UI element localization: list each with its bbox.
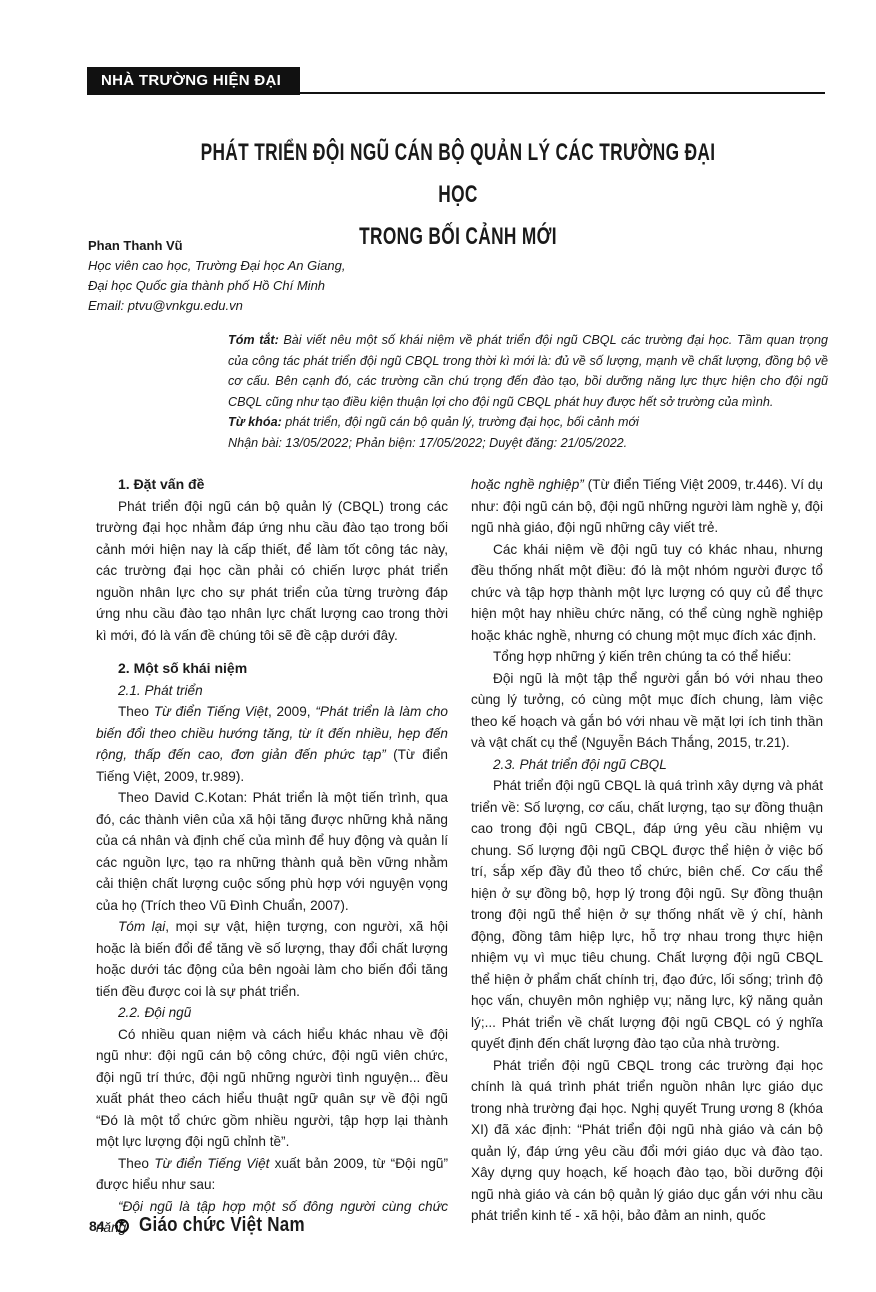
article-dates: Nhận bài: 13/05/2022; Phản biện: 17/05/2… <box>228 433 828 454</box>
section-1-paragraph: Phát triển đội ngũ cán bộ quản lý (CBQL)… <box>96 496 448 647</box>
star-circle-icon <box>115 1219 129 1233</box>
section-1-heading: 1. Đặt vấn đề <box>96 474 448 496</box>
subsection-2-1-heading: 2.1. Phát triển <box>96 680 448 702</box>
left-column: 1. Đặt vấn đề Phát triển đội ngũ cán bộ … <box>96 474 448 1239</box>
subsection-2-2-paragraph-1: Có nhiều quan niệm và cách hiểu khác nha… <box>96 1024 448 1153</box>
author-block: Phan Thanh Vũ Học viên cao học, Trường Đ… <box>88 236 345 316</box>
subsection-2-1-paragraph-2: Theo David C.Kotan: Phát triển là một ti… <box>96 787 448 916</box>
author-affiliation-2: Đại học Quốc gia thành phố Hồ Chí Minh <box>88 276 345 296</box>
subsection-2-1-paragraph-3: Tóm lại, mọi sự vật, hiện tượng, con ngư… <box>96 916 448 1002</box>
abstract-label: Tóm tắt: <box>228 333 279 347</box>
right-column: hoặc nghề nghiệp” (Từ điển Tiếng Việt 20… <box>471 474 823 1227</box>
page-footer: 84 Giáo chức Việt Nam <box>89 1214 334 1237</box>
right-paragraph-3: Tổng hợp những ý kiến trên chúng ta có t… <box>471 646 823 668</box>
right-paragraph-1: hoặc nghề nghiệp” (Từ điển Tiếng Việt 20… <box>471 474 823 539</box>
header-rule <box>300 92 825 94</box>
keywords-label: Từ khóa: <box>228 415 282 429</box>
journal-name: Giáo chức Việt Nam <box>139 1214 305 1237</box>
subsection-2-2-heading: 2.2. Đội ngũ <box>96 1002 448 1024</box>
keywords: Từ khóa: phát triển, đội ngũ cán bộ quản… <box>228 412 828 433</box>
section-2-heading: 2. Một số khái niệm <box>96 658 448 680</box>
subsection-2-3-heading: 2.3. Phát triển đội ngũ CBQL <box>471 754 823 776</box>
keywords-text: phát triển, đội ngũ cán bộ quản lý, trườ… <box>282 415 639 429</box>
author-name: Phan Thanh Vũ <box>88 236 345 256</box>
section-label: NHÀ TRƯỜNG HIỆN ĐẠI <box>87 67 300 95</box>
abstract-text: Bài viết nêu một số khái niệm về phát tr… <box>228 333 828 409</box>
right-paragraph-5: Phát triển đội ngũ CBQL là quá trình xây… <box>471 775 823 1055</box>
right-paragraph-6: Phát triển đội ngũ CBQL trong các trường… <box>471 1055 823 1227</box>
subsection-2-2-paragraph-2: Theo Từ điển Tiếng Việt xuất bản 2009, t… <box>96 1153 448 1196</box>
right-paragraph-2: Các khái niệm về đội ngũ tuy có khác nha… <box>471 539 823 647</box>
subsection-2-1-paragraph-1: Theo Từ điển Tiếng Việt, 2009, “Phát tri… <box>96 701 448 787</box>
title-line-1: PHÁT TRIỂN ĐỘI NGŨ CÁN BỘ QUẢN LÝ CÁC TR… <box>193 132 723 216</box>
page-number: 84 <box>89 1218 105 1234</box>
right-paragraph-4: Đội ngũ là một tập thể người gắn bó với … <box>471 668 823 754</box>
abstract-body: Tóm tắt: Bài viết nêu một số khái niệm v… <box>228 330 828 412</box>
abstract: Tóm tắt: Bài viết nêu một số khái niệm v… <box>228 330 828 453</box>
author-affiliation-1: Học viên cao học, Trường Đại học An Gian… <box>88 256 345 276</box>
author-email: Email: ptvu@vnkgu.edu.vn <box>88 296 345 316</box>
